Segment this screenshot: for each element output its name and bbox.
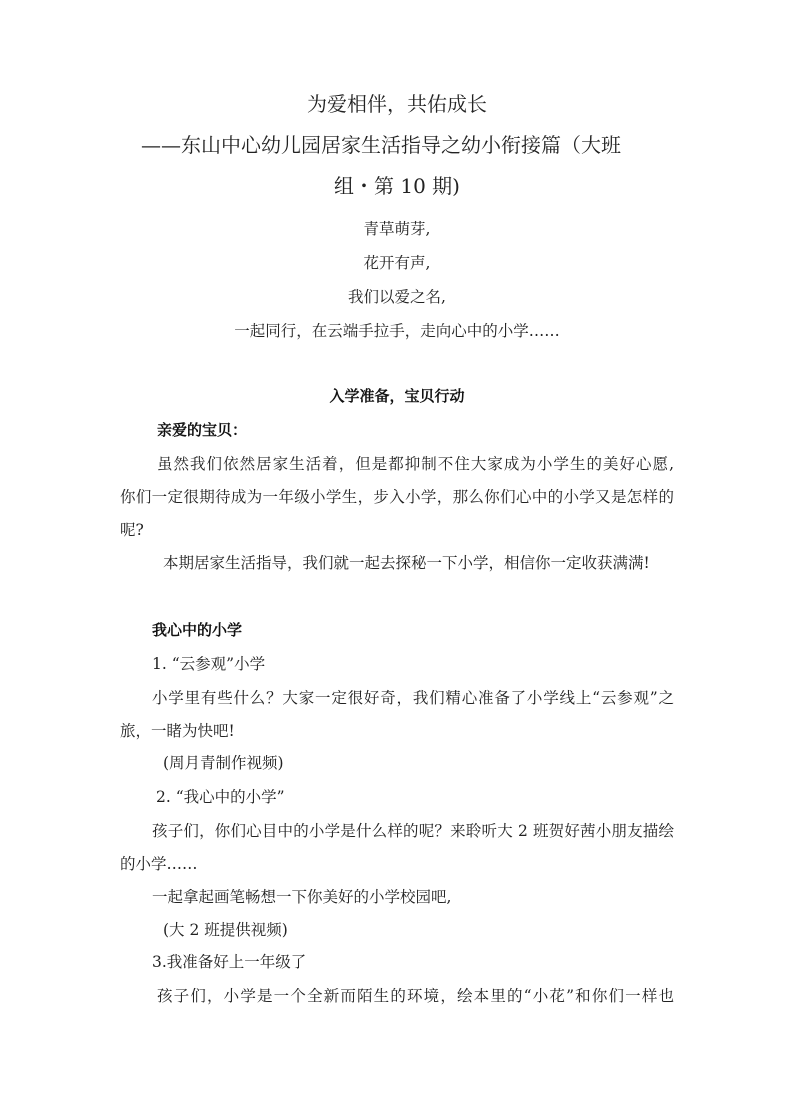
doc-title-line2: ——东山中心幼儿园居家生活指导之幼小衔接篇（大班	[141, 132, 657, 158]
section-heading-my-school: 我心中的小学	[152, 620, 242, 640]
item3-text-line1: 孩子们，小学是一个全新而陌生的环境，绘本里的“小花”和你们一样也	[157, 986, 674, 1006]
item2-note: (大 2 班提供视频)	[163, 920, 288, 940]
item3-title: 3.我准备好上一年级了	[152, 952, 306, 972]
section-heading-preparation: 入学准备，宝贝行动	[0, 386, 794, 406]
paragraph1-line1: 虽然我们依然居家生活着，但是都抑制不住大家成为小学生的美好心愿,	[157, 454, 674, 474]
poem-line-4: 一起同行，在云端手拉手，走向心中的小学……	[0, 321, 794, 341]
doc-title-line1: 为爱相伴，共佑成长	[0, 91, 794, 117]
item2-text-line2: 的小学……	[120, 854, 198, 874]
item2-text2: 一起拿起画笔畅想一下你美好的小学校园吧,	[152, 887, 451, 907]
item1-text-line2: 旅，一睹为快吧!	[120, 721, 235, 741]
item2-text-line1: 孩子们，你们心目中的小学是什么样的呢？来聆听大 2 班贺好茜小朋友描绘	[152, 821, 674, 841]
document-page: 为爱相伴，共佑成长 ——东山中心幼儿园居家生活指导之幼小衔接篇（大班 组・第 1…	[0, 0, 794, 1108]
poem-line-2: 花开有声,	[0, 253, 794, 273]
greeting: 亲爱的宝贝：	[157, 420, 247, 440]
doc-title-line3: 组・第 10 期)	[0, 173, 794, 199]
item2-title: 2. “我心中的小学”	[156, 787, 285, 807]
item1-title: 1. “云参观”小学	[152, 654, 265, 674]
paragraph1-line2: 你们一定很期待成为一年级小学生，步入小学，那么你们心中的小学又是怎样的	[120, 487, 674, 507]
item1-note: (周月青制作视频)	[163, 753, 284, 773]
paragraph2: 本期居家生活指导，我们就一起去探秘一下小学，相信你一定收获满满!	[163, 553, 650, 573]
paragraph1-line3: 呢?	[120, 520, 144, 540]
item1-text-line1: 小学里有些什么？大家一定很好奇，我们精心准备了小学线上“云参观”之	[152, 688, 674, 708]
poem-line-3: 我们以爱之名,	[0, 287, 794, 307]
poem-line-1: 青草萌芽,	[0, 219, 794, 239]
